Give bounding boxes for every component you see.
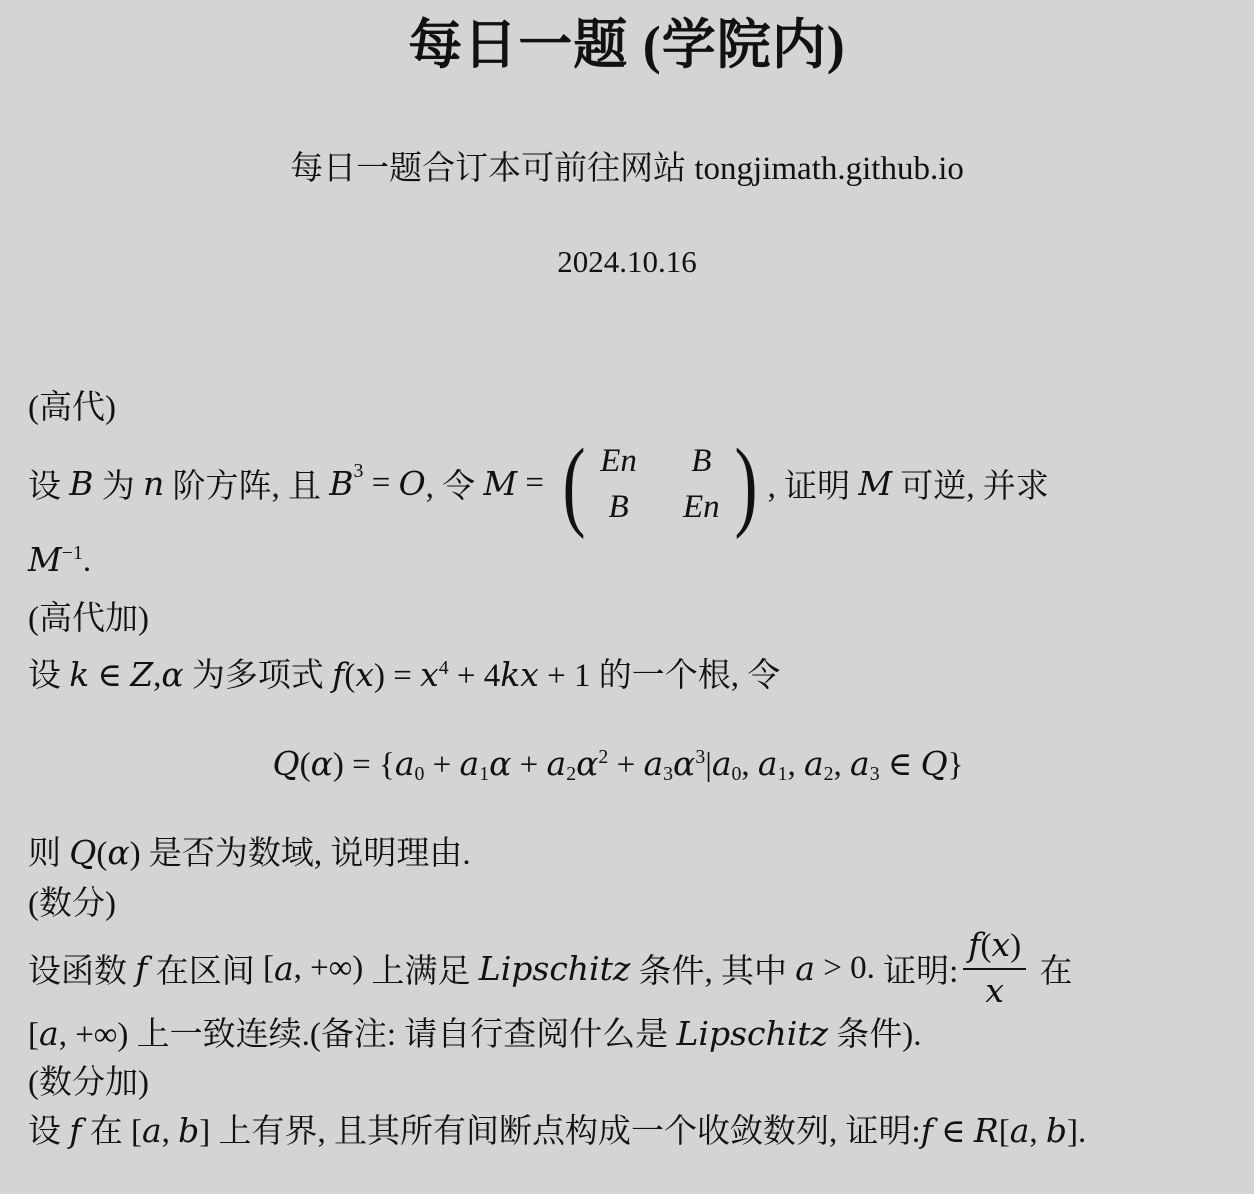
text-segment: B bbox=[69, 464, 93, 503]
text-segment: 是否为数域, 说明理由. bbox=[141, 836, 471, 872]
text-segment: } bbox=[948, 747, 964, 783]
text-segment: 可逆, 并求 bbox=[892, 460, 1049, 507]
text-segment: | bbox=[705, 747, 712, 783]
problem-shufenjia-label: (数分加) bbox=[28, 1061, 1208, 1105]
matrix-cells: EnBBEn bbox=[590, 443, 729, 526]
text-segment: , 令 bbox=[426, 460, 484, 507]
text-segment: a bbox=[395, 744, 415, 783]
text-segment: 设函数 bbox=[28, 945, 135, 992]
text-segment: −1 bbox=[62, 542, 83, 564]
text-segment: R bbox=[974, 1111, 999, 1150]
text-segment: 为多项式 bbox=[184, 658, 333, 694]
text-segment: B bbox=[329, 464, 353, 503]
text-segment: M bbox=[858, 464, 892, 503]
text-segment: Z bbox=[130, 655, 153, 694]
text-segment: ) = bbox=[374, 658, 420, 694]
header: 每日一题 (学院内) 每日一题合订本可前往网站 tongjimath.githu… bbox=[0, 0, 1254, 280]
text-segment: α bbox=[107, 833, 129, 872]
text-segment: 2 bbox=[566, 763, 576, 785]
text-segment: , bbox=[162, 1114, 179, 1150]
text-segment: 2 bbox=[824, 763, 834, 785]
text-segment: 3 bbox=[663, 763, 673, 785]
text-segment: 4 bbox=[439, 657, 449, 679]
text-segment: a bbox=[643, 744, 663, 783]
text-segment: k bbox=[69, 655, 89, 694]
problem-shufen-line2: [a, +∞) 上一致连续.(备注: 请自行查阅什么是 Lipschitz 条件… bbox=[28, 1012, 1208, 1057]
text-segment: , 证明 bbox=[768, 460, 859, 507]
text-segment: α bbox=[489, 744, 511, 783]
text-segment: 条件, 其中 bbox=[630, 945, 795, 992]
text-segment: f bbox=[135, 949, 147, 988]
text-segment: b bbox=[178, 1111, 199, 1150]
text-segment: n bbox=[143, 464, 164, 503]
text-segment: + bbox=[424, 747, 459, 783]
text-segment: a bbox=[758, 744, 778, 783]
text-segment: α bbox=[576, 744, 598, 783]
text-segment: a bbox=[850, 744, 870, 783]
text-segment: 1 bbox=[778, 763, 788, 785]
text-segment: Q bbox=[921, 744, 948, 783]
subtitle-note: 每日一题合订本可前往网站 tongjimath.github.io bbox=[0, 150, 1254, 190]
text-segment: = bbox=[517, 465, 552, 502]
text-segment: f bbox=[968, 925, 980, 964]
text-segment: x bbox=[985, 971, 1004, 1010]
text-segment: 0 bbox=[415, 763, 425, 785]
problem-gaodai-statement: 设 B 为 n 阶方阵, 且 B3 = O, 令 M = (EnBBEn), 证… bbox=[28, 430, 1208, 538]
text-segment: ( bbox=[300, 747, 311, 783]
left-paren-icon: ( bbox=[563, 433, 586, 534]
page: 每日一题 (学院内) 每日一题合订本可前往网站 tongjimath.githu… bbox=[0, 0, 1254, 1194]
text-segment: f bbox=[69, 1111, 81, 1150]
text-segment: 3 bbox=[695, 746, 705, 768]
right-paren-icon: ) bbox=[734, 433, 757, 534]
text-segment: Q bbox=[273, 744, 300, 783]
text-segment: a bbox=[804, 744, 824, 783]
text-segment: [ bbox=[999, 1114, 1010, 1150]
matrix-cell: B bbox=[609, 489, 629, 525]
text-segment: > 0. bbox=[815, 950, 875, 987]
text-segment: 设 bbox=[28, 460, 69, 507]
problem-shufen-label: (数分) bbox=[28, 882, 1208, 926]
text-segment: Lipschitz bbox=[479, 949, 630, 988]
page-title: 每日一题 (学院内) bbox=[0, 14, 1254, 76]
text-segment: 条件). bbox=[828, 1017, 922, 1053]
text-segment: , bbox=[1029, 1114, 1046, 1150]
text-segment: 设 bbox=[28, 1114, 69, 1150]
text-segment: a bbox=[39, 1014, 59, 1053]
text-segment: x bbox=[355, 655, 374, 694]
text-segment: 2 bbox=[598, 746, 608, 768]
text-segment: x bbox=[991, 925, 1010, 964]
text-segment: x bbox=[420, 655, 439, 694]
text-segment: ] bbox=[199, 1114, 210, 1150]
text-segment: 在 bbox=[81, 1114, 131, 1150]
text-segment: + bbox=[511, 747, 546, 783]
date: 2024.10.16 bbox=[0, 243, 1254, 280]
problem-list: (高代) 设 B 为 n 阶方阵, 且 B3 = O, 令 M = (EnBBE… bbox=[28, 386, 1208, 1154]
matrix-cell: B bbox=[691, 443, 711, 479]
text-segment: ∈ bbox=[89, 658, 130, 694]
text-segment: Lipschitz bbox=[677, 1014, 828, 1053]
problem-gaodaijia-conclusion: 则 Q(α) 是否为数域, 说明理由. bbox=[28, 831, 1208, 876]
text-segment: ( bbox=[344, 658, 355, 694]
fraction-numerator: f(x) bbox=[963, 926, 1026, 968]
text-segment: O bbox=[399, 464, 426, 503]
text-segment: 阶方阵, 且 bbox=[164, 460, 329, 507]
text-segment: . bbox=[83, 543, 91, 579]
text-segment: ( bbox=[96, 836, 107, 872]
text-segment: 则 bbox=[28, 836, 69, 872]
text-segment: + 4 bbox=[449, 658, 501, 694]
text-segment: 设 bbox=[28, 658, 69, 694]
text-segment: 的一个根, 令 bbox=[591, 658, 781, 694]
text-segment: ( bbox=[980, 928, 991, 964]
text-segment: 为 bbox=[94, 460, 144, 507]
matrix-cell: En bbox=[683, 489, 720, 525]
text-segment: , +∞) bbox=[59, 1017, 129, 1053]
text-segment: f bbox=[332, 655, 344, 694]
text-segment: , bbox=[741, 747, 758, 783]
text-segment: a bbox=[142, 1111, 162, 1150]
problem-gaodaijia-label: (高代加) bbox=[28, 597, 1208, 641]
text-segment: ∈ bbox=[933, 1114, 974, 1150]
text-segment: kx bbox=[500, 655, 539, 694]
matrix: (EnBBEn) bbox=[558, 436, 761, 532]
text-segment: 3 bbox=[870, 763, 880, 785]
text-segment: 1 bbox=[479, 763, 489, 785]
text-segment: , +∞) bbox=[294, 950, 364, 987]
problem-shufen-line1: 设函数 f 在区间 [a, +∞) 上满足 Lipschitz 条件, 其中 a… bbox=[28, 926, 1208, 1012]
text-segment: α bbox=[673, 744, 695, 783]
problem-gaodaijia-setup: 设 k ∈ Z,α 为多项式 f(x) = x4 + 4kx + 1 的一个根,… bbox=[28, 653, 1208, 702]
text-segment: [ bbox=[131, 1114, 142, 1150]
text-segment: + 1 bbox=[539, 658, 591, 694]
text-segment: a bbox=[1010, 1111, 1030, 1150]
text-segment: , bbox=[834, 747, 851, 783]
text-segment: + bbox=[608, 747, 643, 783]
text-segment: M bbox=[483, 464, 517, 503]
problem-gaodai-label: (高代) bbox=[28, 386, 1208, 430]
text-segment: α bbox=[311, 744, 333, 783]
text-segment: a bbox=[460, 744, 480, 783]
fraction: f(x)x bbox=[963, 926, 1026, 1012]
text-segment: 证明: bbox=[875, 945, 958, 992]
text-segment: ∈ bbox=[880, 747, 921, 783]
text-segment: ]. bbox=[1067, 1114, 1086, 1150]
text-segment: 0 bbox=[732, 763, 742, 785]
problem-gaodaijia-display-formula: Q(α) = {a0 + a1α + a2α2 + a3α3|a0, a1, a… bbox=[28, 742, 1208, 791]
text-segment: b bbox=[1046, 1111, 1067, 1150]
text-segment: f bbox=[921, 1111, 933, 1150]
text-segment: ) = { bbox=[333, 747, 395, 783]
problem-shufenjia-statement: 设 f 在 [a, b] 上有界, 且其所有间断点构成一个收敛数列, 证明:f … bbox=[28, 1109, 1208, 1154]
text-segment: ) bbox=[130, 836, 141, 872]
text-segment: , bbox=[787, 747, 804, 783]
text-segment: M bbox=[28, 540, 62, 579]
text-segment: [ bbox=[263, 950, 274, 987]
text-segment: ) bbox=[1010, 928, 1021, 964]
text-segment: [ bbox=[28, 1017, 39, 1053]
text-segment: 在区间 bbox=[147, 945, 263, 992]
text-segment: 上有界, 且其所有间断点构成一个收敛数列, 证明: bbox=[210, 1114, 920, 1150]
text-segment: = bbox=[363, 465, 398, 502]
text-segment: a bbox=[712, 744, 732, 783]
text-segment: 上一致连续.(备注: 请自行查阅什么是 bbox=[128, 1017, 676, 1053]
text-segment: Q bbox=[69, 833, 96, 872]
text-segment: a bbox=[547, 744, 567, 783]
matrix-cell: En bbox=[600, 443, 637, 479]
text-segment: 3 bbox=[354, 460, 364, 483]
fraction-denominator: x bbox=[963, 968, 1026, 1012]
problem-gaodai-statement-end: M−1. bbox=[28, 538, 1208, 587]
text-segment: 在 bbox=[1031, 945, 1072, 992]
text-segment: α bbox=[161, 655, 183, 694]
text-segment: 上满足 bbox=[363, 945, 479, 992]
text-segment: a bbox=[274, 949, 294, 988]
text-segment: a bbox=[795, 949, 815, 988]
